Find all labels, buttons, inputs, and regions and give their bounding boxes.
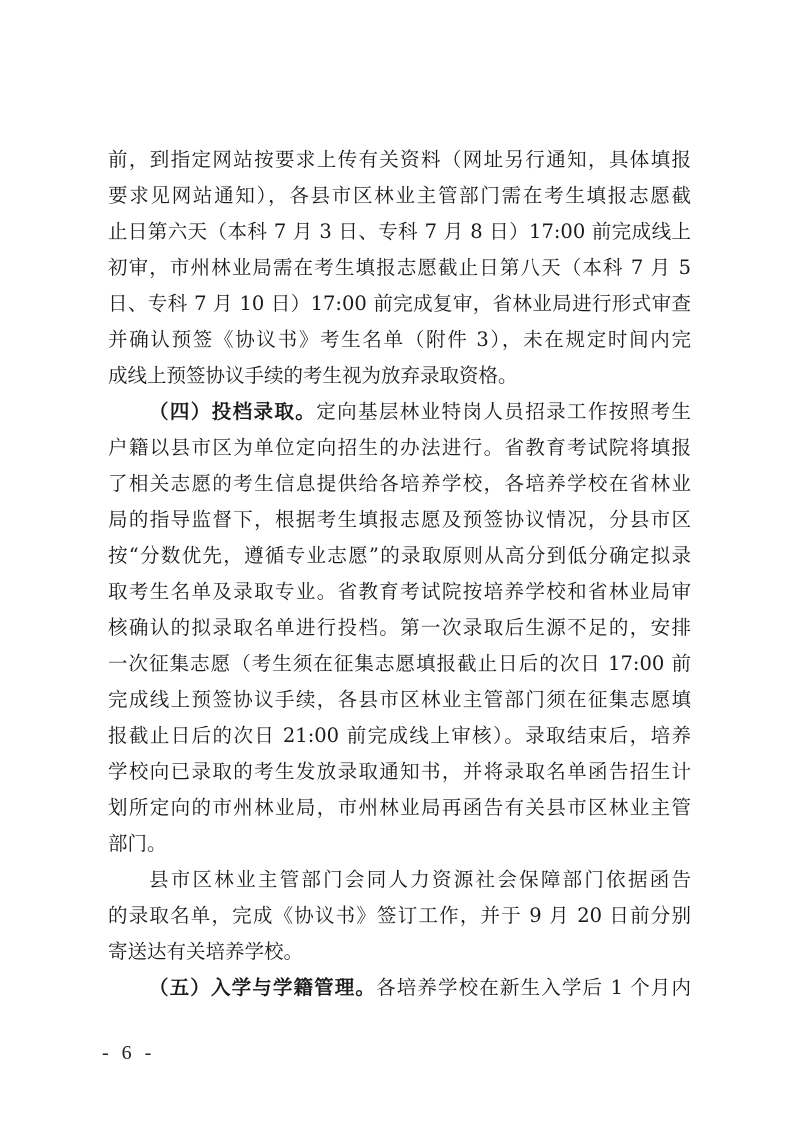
text-line: 完成线上预签协议手续，各县市区林业主管部门须在征集志愿填 xyxy=(108,682,691,718)
text-line: 取考生名单及录取专业。省教育考试院按培养学校和省林业局审 xyxy=(108,574,691,610)
text-line: 按“分数优先，遵循专业志愿”的录取原则从高分到低分确定拟录 xyxy=(108,538,691,574)
text-line: 划所定向的市州林业局，市州林业局再函告有关县市区林业主管 xyxy=(108,790,691,826)
section-heading-line: （五）入学与学籍管理。各培养学校在新生入学后 1 个月内 xyxy=(108,970,691,1006)
section-heading-4: （四）投档录取。 xyxy=(149,400,316,423)
text-line: 局的指导监督下，根据考生填报志愿及预签协议情况，分县市区 xyxy=(108,502,691,538)
text-line: 要求见网站通知），各县市区林业主管部门需在考生填报志愿截 xyxy=(108,178,691,214)
text-span: 各培养学校在新生入学后 1 个月内 xyxy=(376,976,691,999)
document-body: 前，到指定网站按要求上传有关资料（网址另行通知，具体填报 要求见网站通知），各县… xyxy=(108,142,691,1006)
text-line: 了相关志愿的考生信息提供给各培养学校，各培养学校在省林业 xyxy=(108,466,691,502)
section-heading-5: （五）入学与学籍管理。 xyxy=(149,976,376,999)
text-line: 报截止日后的次日 21:00 前完成线上审核）。录取结束后，培养 xyxy=(108,718,691,754)
text-line: 学校向已录取的考生发放录取通知书，并将录取名单函告招生计 xyxy=(108,754,691,790)
text-line: 一次征集志愿（考生须在征集志愿填报截止日后的次日 17:00 前 xyxy=(108,646,691,682)
text-line: 成线上预签协议手续的考生视为放弃录取资格。 xyxy=(108,358,691,394)
text-line: 核确认的拟录取名单进行投档。第一次录取后生源不足的，安排 xyxy=(108,610,691,646)
document-page: 前，到指定网站按要求上传有关资料（网址另行通知，具体填报 要求见网站通知），各县… xyxy=(0,0,794,1123)
page-number: - 6 - xyxy=(102,1042,155,1065)
text-line: 并确认预签《协议书》考生名单（附件 3），未在规定时间内完 xyxy=(108,322,691,358)
text-line: 日、专科 7 月 10 日）17:00 前完成复审，省林业局进行形式审查 xyxy=(108,286,691,322)
text-line: 户籍以县市区为单位定向招生的办法进行。省教育考试院将填报 xyxy=(108,430,691,466)
text-line: 初审，市州林业局需在考生填报志愿截止日第八天（本科 7 月 5 xyxy=(108,250,691,286)
text-line: 寄送达有关培养学校。 xyxy=(108,934,691,970)
section-heading-line: （四）投档录取。定向基层林业特岗人员招录工作按照考生 xyxy=(108,394,691,430)
text-line: 止日第六天（本科 7 月 3 日、专科 7 月 8 日）17:00 前完成线上 xyxy=(108,214,691,250)
text-line: 前，到指定网站按要求上传有关资料（网址另行通知，具体填报 xyxy=(108,142,691,178)
text-line: 的录取名单，完成《协议书》签订工作，并于 9 月 20 日前分别 xyxy=(108,898,691,934)
text-line: 县市区林业主管部门会同人力资源社会保障部门依据函告 xyxy=(108,862,691,898)
text-span: 定向基层林业特岗人员招录工作按照考生 xyxy=(316,400,691,423)
text-line: 部门。 xyxy=(108,826,691,862)
